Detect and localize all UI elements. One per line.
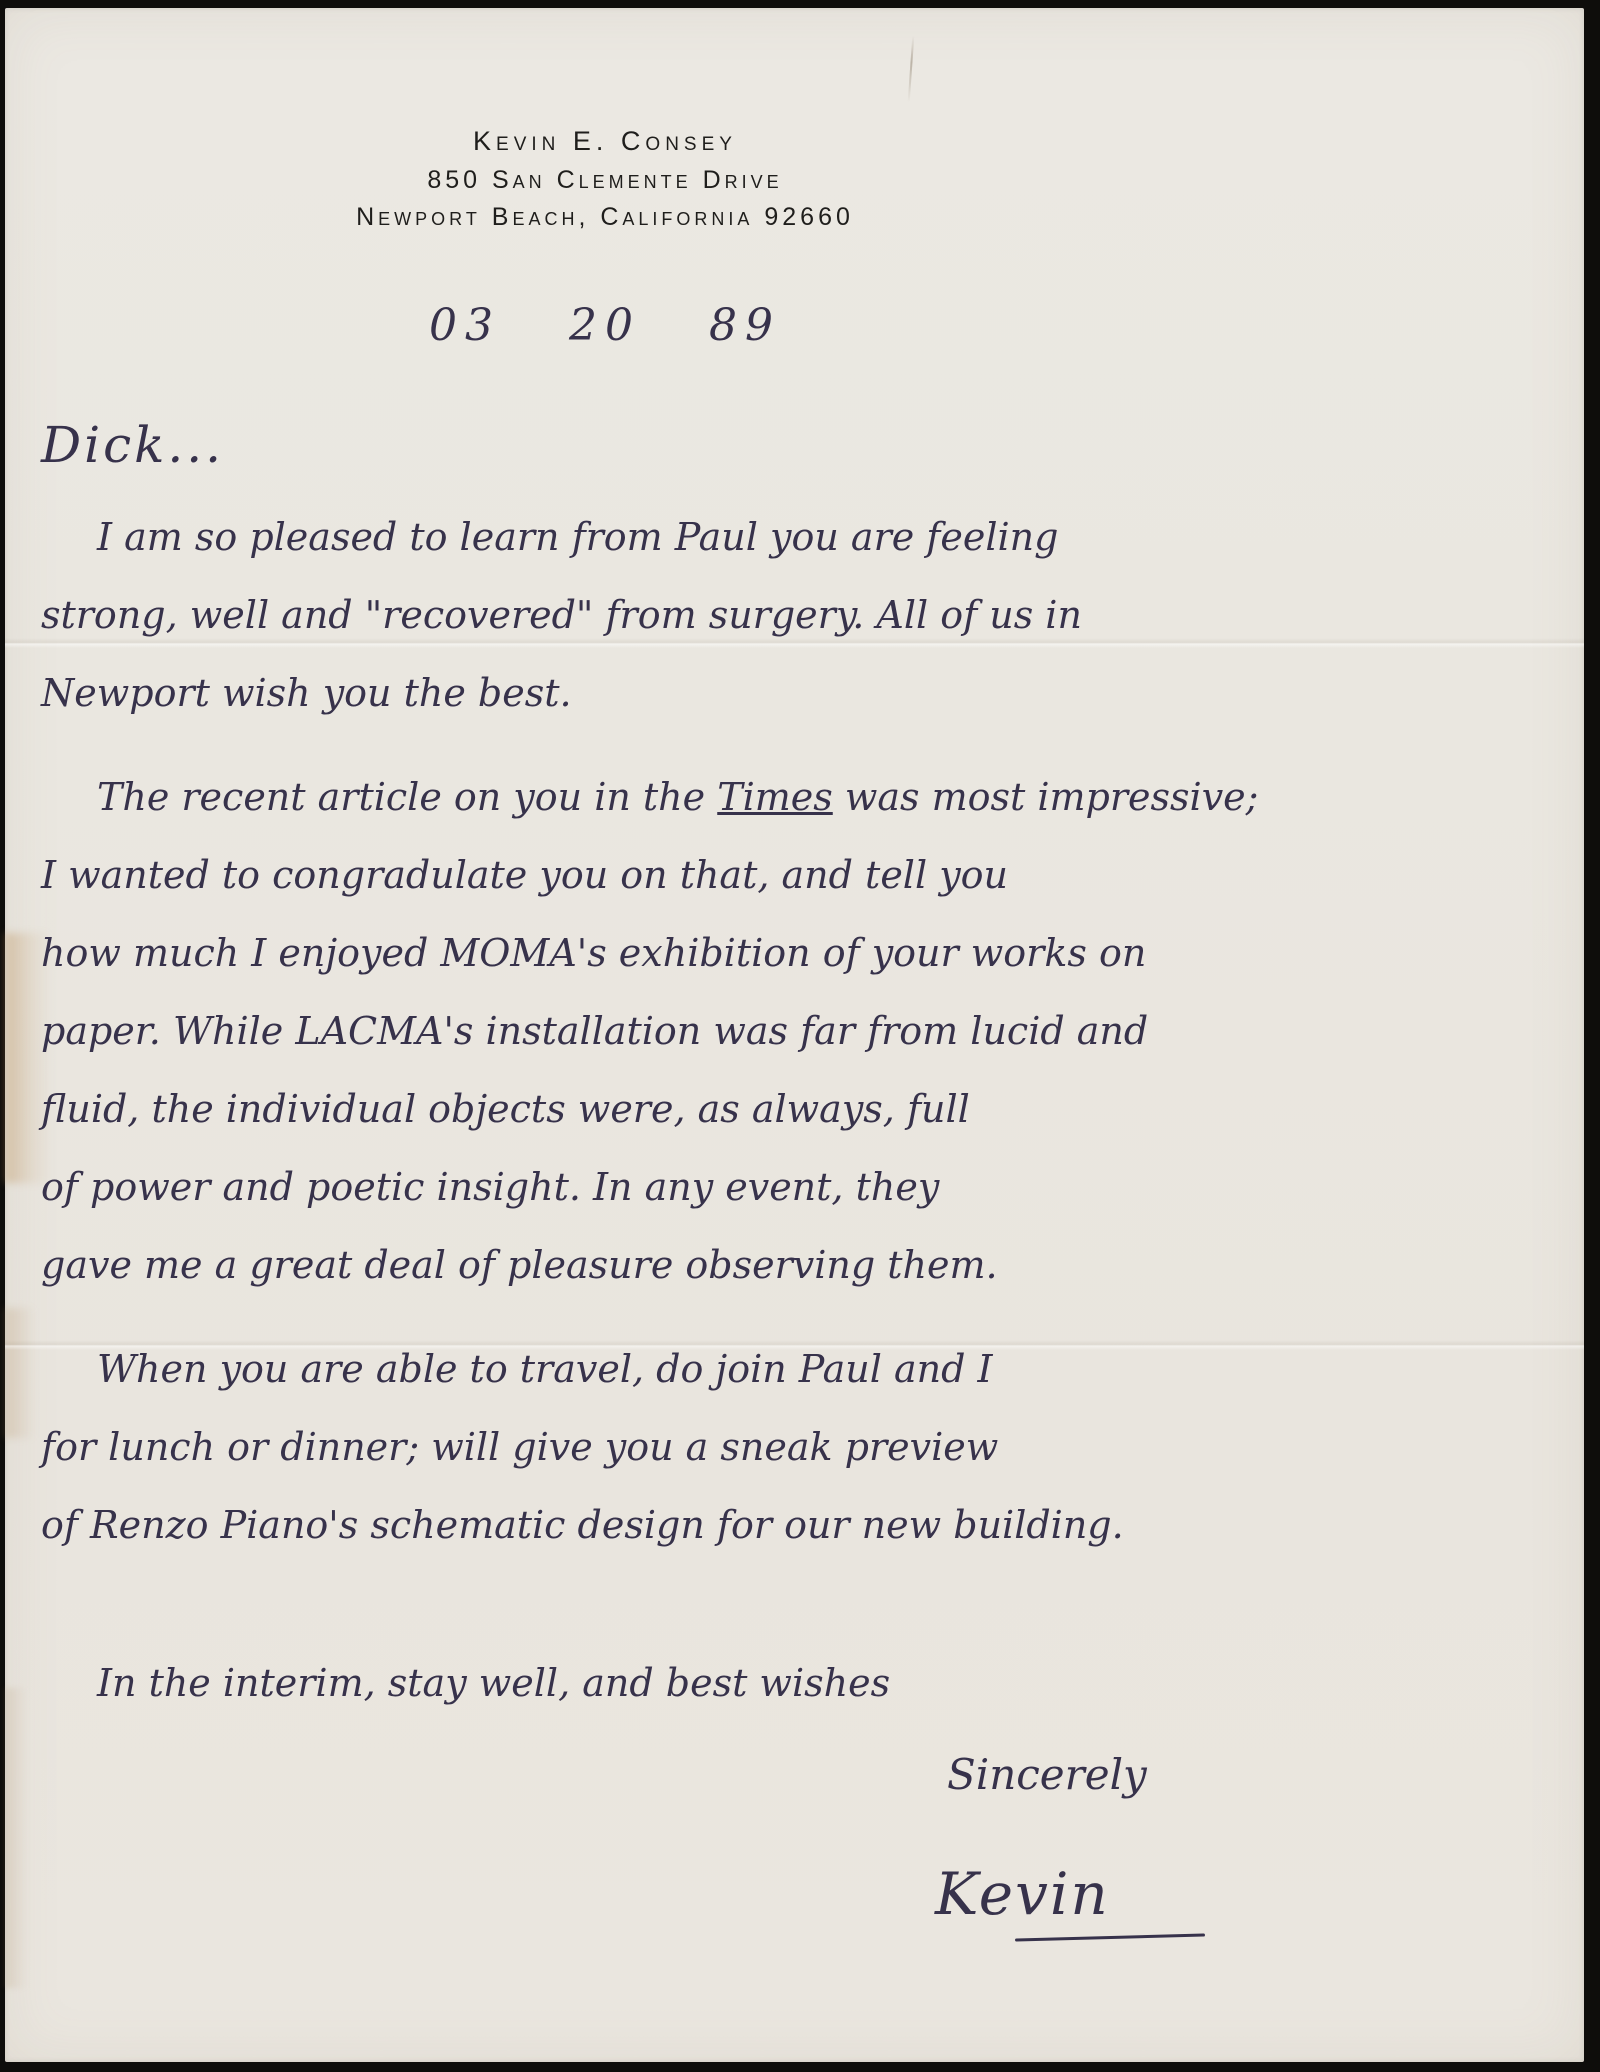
signature-flourish xyxy=(1015,1934,1205,1942)
signature: Kevin xyxy=(935,1860,1110,1928)
salutation: Dick... xyxy=(41,416,1161,502)
aging-stain xyxy=(5,1308,35,1438)
body-line: The recent article on you in the Times w… xyxy=(41,762,1161,840)
body-line: paper. While LACMA's installation was fa… xyxy=(41,996,1161,1074)
body-line: When you are able to travel, do join Pau… xyxy=(41,1334,1161,1412)
valediction: Sincerely xyxy=(947,1750,1147,1799)
body-line: gave me a great deal of pleasure observi… xyxy=(41,1230,1161,1308)
letterhead-name: Kevin E. Consey xyxy=(5,126,1205,157)
body-line: strong, well and "recovered" from surger… xyxy=(41,580,1161,658)
paper-scratch xyxy=(908,36,915,102)
body-line-text: was most impressive; xyxy=(833,775,1259,819)
underlined-word: Times xyxy=(717,775,833,819)
aging-stain xyxy=(5,1688,27,1988)
body-line: for lunch or dinner; will give you a sne… xyxy=(41,1412,1161,1490)
letterhead: Kevin E. Consey 850 San Clemente Drive N… xyxy=(5,126,1205,240)
letter-paper: Kevin E. Consey 850 San Clemente Drive N… xyxy=(5,8,1584,2062)
handwritten-date: 03 20 89 xyxy=(5,300,1205,351)
body-line: fluid, the individual objects were, as a… xyxy=(41,1074,1161,1152)
letterhead-address-city: Newport Beach, California 92660 xyxy=(5,203,1205,232)
body-line: I am so pleased to learn from Paul you a… xyxy=(41,502,1161,580)
body-line: I wanted to congradulate you on that, an… xyxy=(41,840,1161,918)
letterhead-address-street: 850 San Clemente Drive xyxy=(5,166,1205,195)
scanned-letter: Kevin E. Consey 850 San Clemente Drive N… xyxy=(0,0,1600,2072)
closing-line: In the interim, stay well, and best wish… xyxy=(41,1648,1161,1726)
letter-body: Dick... I am so pleased to learn from Pa… xyxy=(41,416,1161,1726)
body-line: how much I enjoyed MOMA's exhibition of … xyxy=(41,918,1161,996)
body-line-text: The recent article on you in the xyxy=(97,775,717,819)
body-line: of Renzo Piano's schematic design for ou… xyxy=(41,1490,1161,1568)
body-line: of power and poetic insight. In any even… xyxy=(41,1152,1161,1230)
body-line: Newport wish you the best. xyxy=(41,658,1161,736)
